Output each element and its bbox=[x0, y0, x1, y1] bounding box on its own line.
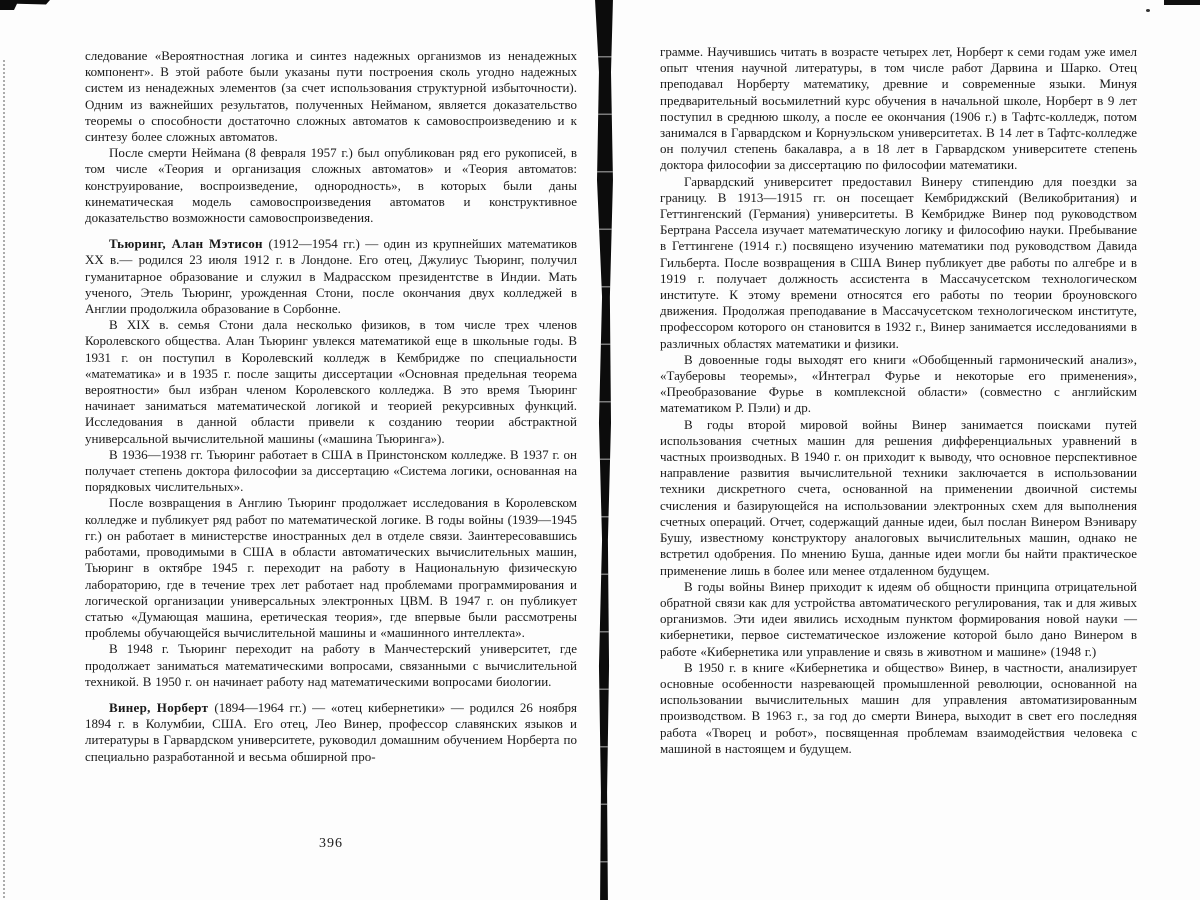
paragraph: грамме. Научившись читать в возрасте чет… bbox=[660, 44, 1137, 174]
book-gutter-shadow bbox=[590, 0, 618, 900]
paragraph: В XIX в. семья Стони дала несколько физи… bbox=[85, 317, 577, 447]
paragraph: В довоенные годы выходят его книги «Обоб… bbox=[660, 352, 1137, 417]
paragraph: В 1950 г. в книге «Кибернетика и обществ… bbox=[660, 660, 1137, 757]
paragraph: В 1936—1938 гг. Тьюринг работает в США в… bbox=[85, 447, 577, 496]
scan-artifact-top-left bbox=[0, 0, 50, 10]
scan-artifact-left-edge-speckles bbox=[3, 60, 5, 898]
paragraph: В 1948 г. Тьюринг переходит на работу в … bbox=[85, 641, 577, 690]
paragraph: В годы второй мировой войны Винер занима… bbox=[660, 417, 1137, 579]
scanned-book-spread: { "document_type": "scanned book spread,… bbox=[0, 0, 1200, 900]
right-page-text: грамме. Научившись читать в возрасте чет… bbox=[660, 44, 1137, 757]
scan-artifact-top-right bbox=[1164, 0, 1200, 5]
paragraph: следование «Вероятностная логика и синте… bbox=[85, 48, 577, 145]
paragraph: После смерти Неймана (8 февраля 1957 г.)… bbox=[85, 145, 577, 226]
paragraph: В годы войны Винер приходит к идеям об о… bbox=[660, 579, 1137, 660]
paragraph: Гарвардский университет предоставил Вине… bbox=[660, 174, 1137, 352]
paragraph: После возвращения в Англию Тьюринг продо… bbox=[85, 495, 577, 641]
left-page-text: следование «Вероятностная логика и синте… bbox=[85, 48, 577, 765]
paragraph: Винер, Норберт (1894—1964 гг.) — «отец к… bbox=[85, 700, 577, 765]
scan-artifact-dot bbox=[1146, 9, 1150, 12]
page-number: 396 bbox=[85, 836, 577, 852]
entry-name-bold: Винер, Норберт bbox=[109, 700, 214, 715]
paragraph: Тьюринг, Алан Мэтисон (1912—1954 гг.) — … bbox=[85, 236, 577, 317]
entry-name-bold: Тьюринг, Алан Мэтисон bbox=[109, 236, 268, 251]
